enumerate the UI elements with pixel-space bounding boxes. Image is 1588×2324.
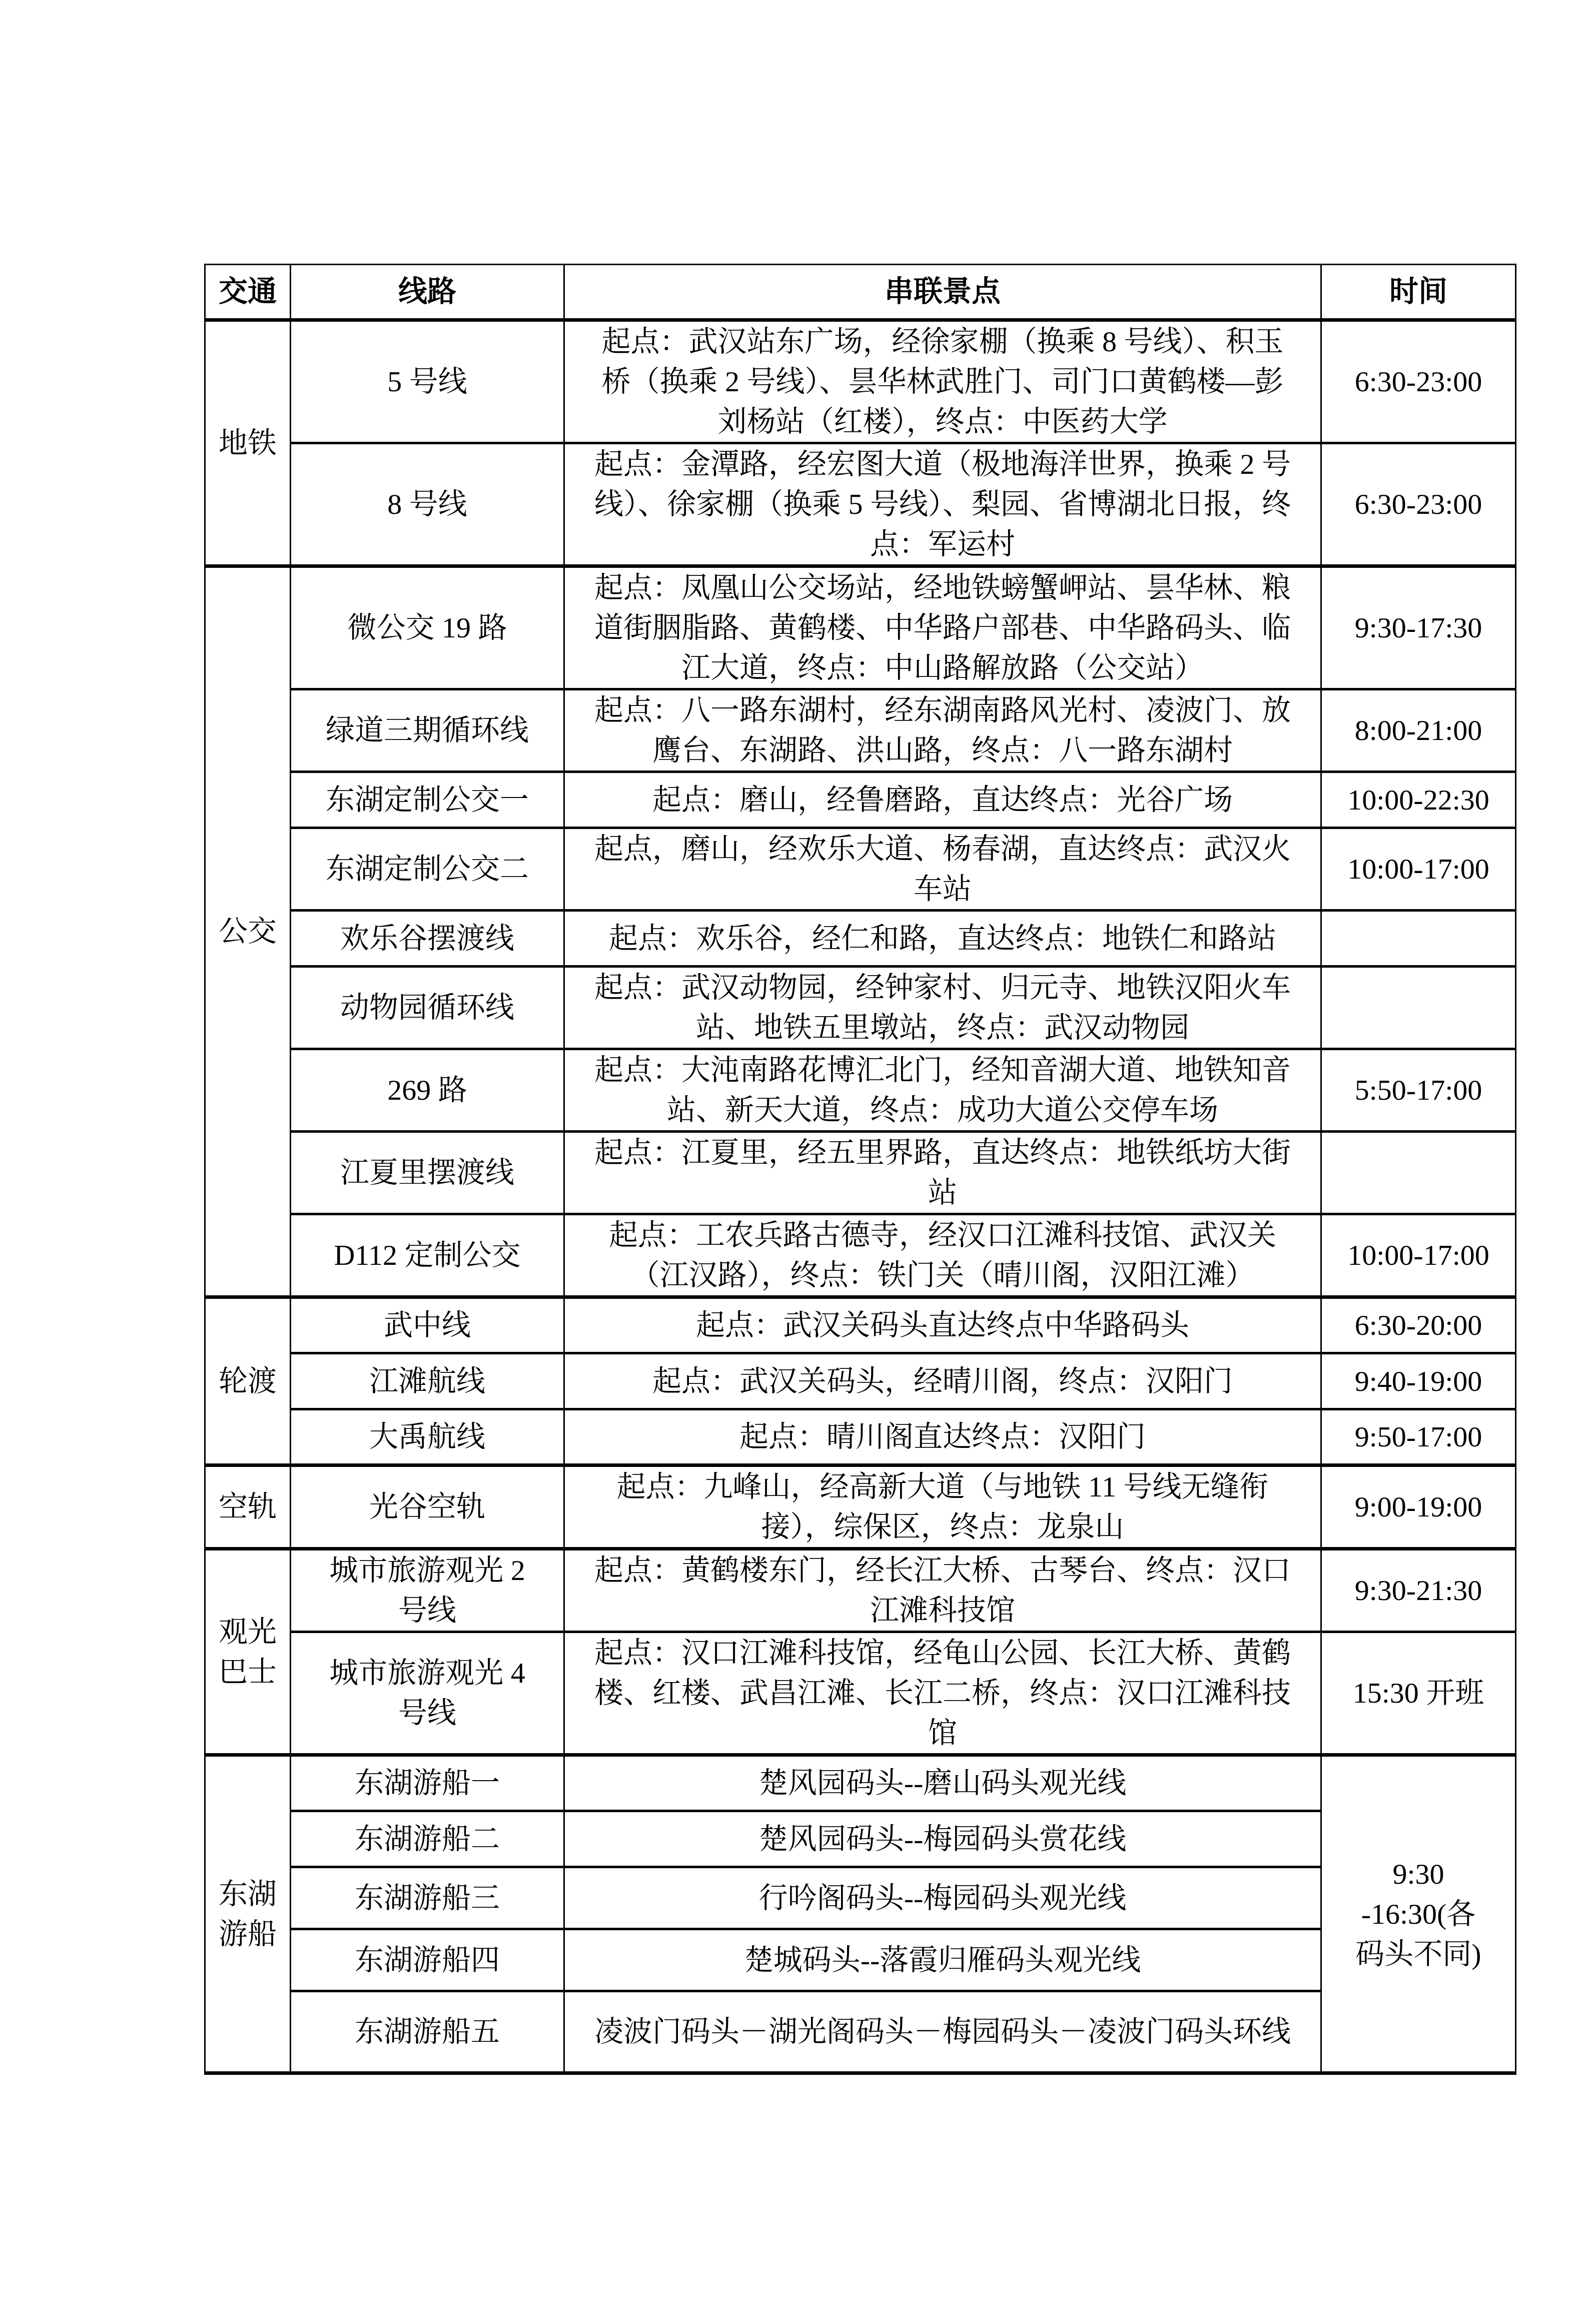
- stops-cell: 起点：武汉关码头直达终点中华路码头: [564, 1297, 1321, 1353]
- route-cell: 武中线: [291, 1297, 564, 1353]
- table-row: 东湖定制公交一 起点：磨山，经鲁磨路，直达终点：光谷广场 10:00-22:30: [205, 772, 1516, 828]
- group-label-boat: 东湖游船: [205, 1755, 291, 2073]
- header-row: 交通 线路 串联景点 时间: [205, 265, 1516, 320]
- route-cell: 东湖游船二: [291, 1811, 564, 1867]
- table-row: 东湖游船四 楚城码头--落霞归雁码头观光线: [205, 1929, 1516, 1991]
- group-label-metro: 地铁: [205, 320, 291, 566]
- group-label-ferry: 轮渡: [205, 1297, 291, 1465]
- table-row: 东湖游船 东湖游船一 楚风园码头--磨山码头观光线 9:30 -16:30(各 …: [205, 1755, 1516, 1811]
- route-cell: 269 路: [291, 1049, 564, 1132]
- route-cell: D112 定制公交: [291, 1214, 564, 1297]
- table-row: 欢乐谷摆渡线 起点：欢乐谷，经仁和路，直达终点：地铁仁和路站: [205, 911, 1516, 967]
- table-row: 地铁 5 号线 起点：武汉站东广场，经徐家棚（换乘 8 号线）、积玉桥（换乘 2…: [205, 320, 1516, 443]
- stops-cell: 起点：武汉站东广场，经徐家棚（换乘 8 号线）、积玉桥（换乘 2 号线）、昙华林…: [564, 320, 1321, 443]
- group-label-bus: 公交: [205, 566, 291, 1297]
- time-cell: [1321, 967, 1516, 1049]
- route-cell: 微公交 19 路: [291, 566, 564, 689]
- route-cell: 8 号线: [291, 443, 564, 566]
- time-cell: 15:30 开班: [1321, 1632, 1516, 1755]
- route-cell: 城市旅游观光 2 号线: [291, 1549, 564, 1632]
- stops-cell: 起点：黄鹤楼东门，经长江大桥、古琴台、终点：汉口江滩科技馆: [564, 1549, 1321, 1632]
- stops-cell: 起点：磨山，经鲁磨路，直达终点：光谷广场: [564, 772, 1321, 828]
- route-cell: 东湖游船四: [291, 1929, 564, 1991]
- time-cell: [1321, 911, 1516, 967]
- stops-cell: 起点，磨山，经欢乐大道、杨春湖，直达终点：武汉火车站: [564, 828, 1321, 911]
- table-row: 东湖定制公交二 起点，磨山，经欢乐大道、杨春湖，直达终点：武汉火车站 10:00…: [205, 828, 1516, 911]
- time-cell: 6:30-23:00: [1321, 443, 1516, 566]
- stops-cell: 起点：江夏里，经五里界路，直达终点：地铁纸坊大街站: [564, 1132, 1321, 1214]
- time-cell: 9:30-17:30: [1321, 566, 1516, 689]
- route-cell: 欢乐谷摆渡线: [291, 911, 564, 967]
- stops-cell: 起点：九峰山，经高新大道（与地铁 11 号线无缝衔接），综保区，终点：龙泉山: [564, 1465, 1321, 1549]
- table-row: D112 定制公交 起点：工农兵路古德寺，经汉口江滩科技馆、武汉关（江汉路），终…: [205, 1214, 1516, 1297]
- stops-cell: 起点：大沌南路花博汇北门，经知音湖大道、地铁知音站、新天大道，终点：成功大道公交…: [564, 1049, 1321, 1132]
- header-route: 线路: [291, 265, 564, 320]
- time-cell: 6:30-20:00: [1321, 1297, 1516, 1353]
- route-cell: 光谷空轨: [291, 1465, 564, 1549]
- stops-cell: 楚城码头--落霞归雁码头观光线: [564, 1929, 1321, 1991]
- table-row: 江滩航线 起点：武汉关码头，经晴川阁，终点：汉阳门 9:40-19:00: [205, 1353, 1516, 1409]
- stops-cell: 行吟阁码头--梅园码头观光线: [564, 1867, 1321, 1929]
- table-row: 城市旅游观光 4 号线 起点：汉口江滩科技馆，经龟山公园、长江大桥、黄鹤楼、红楼…: [205, 1632, 1516, 1755]
- stops-cell: 起点：工农兵路古德寺，经汉口江滩科技馆、武汉关（江汉路），终点：铁门关（晴川阁，…: [564, 1214, 1321, 1297]
- document-page: 交通 线路 串联景点 时间 地铁 5 号线 起点：武汉站东广场，经徐家棚（换乘 …: [0, 0, 1588, 2324]
- route-cell: 东湖定制公交二: [291, 828, 564, 911]
- route-cell: 东湖定制公交一: [291, 772, 564, 828]
- time-cell: 10:00-22:30: [1321, 772, 1516, 828]
- table-row: 东湖游船三 行吟阁码头--梅园码头观光线: [205, 1867, 1516, 1929]
- stops-cell: 起点：武汉关码头，经晴川阁，终点：汉阳门: [564, 1353, 1321, 1409]
- table-row: 绿道三期循环线 起点：八一路东湖村，经东湖南路风光村、凌波门、放鹰台、东湖路、洪…: [205, 689, 1516, 772]
- time-cell: 8:00-21:00: [1321, 689, 1516, 772]
- header-time: 时间: [1321, 265, 1516, 320]
- route-cell: 东湖游船五: [291, 1991, 564, 2073]
- stops-cell: 起点：金潭路，经宏图大道（极地海洋世界，换乘 2 号线）、徐家棚（换乘 5 号线…: [564, 443, 1321, 566]
- route-cell: 动物园循环线: [291, 967, 564, 1049]
- stops-cell: 起点：晴川阁直达终点：汉阳门: [564, 1409, 1321, 1465]
- group-label-sightseeing-bus: 观光巴士: [205, 1549, 291, 1755]
- time-cell: 9:00-19:00: [1321, 1465, 1516, 1549]
- route-cell: 东湖游船一: [291, 1755, 564, 1811]
- table-row: 江夏里摆渡线 起点：江夏里，经五里界路，直达终点：地铁纸坊大街站: [205, 1132, 1516, 1214]
- route-cell: 江夏里摆渡线: [291, 1132, 564, 1214]
- time-cell: 9:50-17:00: [1321, 1409, 1516, 1465]
- table-row: 公交 微公交 19 路 起点：凤凰山公交场站，经地铁螃蟹岬站、昙华林、粮道街胭脂…: [205, 566, 1516, 689]
- time-cell: 10:00-17:00: [1321, 1214, 1516, 1297]
- table-row: 观光巴士 城市旅游观光 2 号线 起点：黄鹤楼东门，经长江大桥、古琴台、终点：汉…: [205, 1549, 1516, 1632]
- stops-cell: 楚风园码头--梅园码头赏花线: [564, 1811, 1321, 1867]
- time-cell: 5:50-17:00: [1321, 1049, 1516, 1132]
- route-cell: 5 号线: [291, 320, 564, 443]
- time-cell-merged: 9:30 -16:30(各 码头不同): [1321, 1755, 1516, 2073]
- header-stops: 串联景点: [564, 265, 1321, 320]
- table-row: 动物园循环线 起点：武汉动物园，经钟家村、归元寺、地铁汉阳火车站、地铁五里墩站，…: [205, 967, 1516, 1049]
- stops-cell: 起点：汉口江滩科技馆，经龟山公园、长江大桥、黄鹤楼、红楼、武昌江滩、长江二桥，终…: [564, 1632, 1321, 1755]
- stops-cell: 楚风园码头--磨山码头观光线: [564, 1755, 1321, 1811]
- route-cell: 江滩航线: [291, 1353, 564, 1409]
- stops-cell: 起点：凤凰山公交场站，经地铁螃蟹岬站、昙华林、粮道街胭脂路、黄鹤楼、中华路户部巷…: [564, 566, 1321, 689]
- table-row: 东湖游船二 楚风园码头--梅园码头赏花线: [205, 1811, 1516, 1867]
- stops-cell: 起点：欢乐谷，经仁和路，直达终点：地铁仁和路站: [564, 911, 1321, 967]
- table-row: 大禹航线 起点：晴川阁直达终点：汉阳门 9:50-17:00: [205, 1409, 1516, 1465]
- group-label-skytrain: 空轨: [205, 1465, 291, 1549]
- route-cell: 东湖游船三: [291, 1867, 564, 1929]
- stops-cell: 起点：武汉动物园，经钟家村、归元寺、地铁汉阳火车站、地铁五里墩站，终点：武汉动物…: [564, 967, 1321, 1049]
- time-cell: 10:00-17:00: [1321, 828, 1516, 911]
- table-row: 东湖游船五 凌波门码头－湖光阁码头－梅园码头－凌波门码头环线: [205, 1991, 1516, 2073]
- route-cell: 城市旅游观光 4 号线: [291, 1632, 564, 1755]
- route-cell: 大禹航线: [291, 1409, 564, 1465]
- time-cell: [1321, 1132, 1516, 1214]
- table-row: 8 号线 起点：金潭路，经宏图大道（极地海洋世界，换乘 2 号线）、徐家棚（换乘…: [205, 443, 1516, 566]
- table-row: 空轨 光谷空轨 起点：九峰山，经高新大道（与地铁 11 号线无缝衔接），综保区，…: [205, 1465, 1516, 1549]
- table-row: 轮渡 武中线 起点：武汉关码头直达终点中华路码头 6:30-20:00: [205, 1297, 1516, 1353]
- time-cell: 6:30-23:00: [1321, 320, 1516, 443]
- header-traffic: 交通: [205, 265, 291, 320]
- route-cell: 绿道三期循环线: [291, 689, 564, 772]
- table-row: 269 路 起点：大沌南路花博汇北门，经知音湖大道、地铁知音站、新天大道，终点：…: [205, 1049, 1516, 1132]
- time-cell: 9:30-21:30: [1321, 1549, 1516, 1632]
- transport-schedule-table: 交通 线路 串联景点 时间 地铁 5 号线 起点：武汉站东广场，经徐家棚（换乘 …: [204, 264, 1516, 2075]
- time-cell: 9:40-19:00: [1321, 1353, 1516, 1409]
- stops-cell: 起点：八一路东湖村，经东湖南路风光村、凌波门、放鹰台、东湖路、洪山路，终点：八一…: [564, 689, 1321, 772]
- stops-cell: 凌波门码头－湖光阁码头－梅园码头－凌波门码头环线: [564, 1991, 1321, 2073]
